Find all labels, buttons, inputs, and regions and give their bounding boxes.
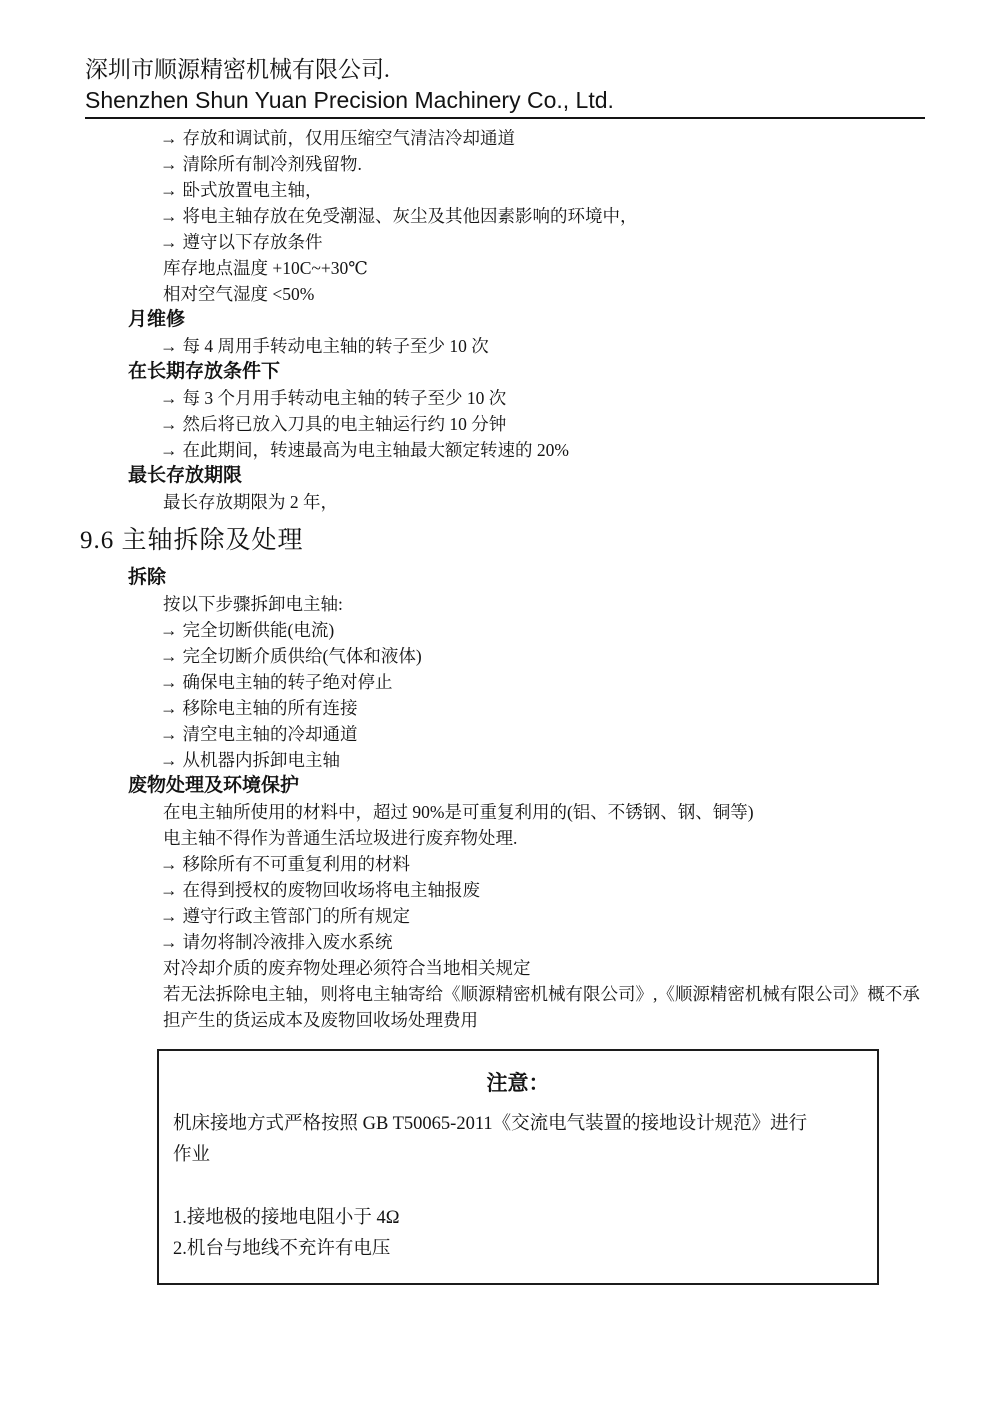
line-text: 清除所有制冷剂残留物.: [183, 154, 362, 174]
line-text: 在此期间，转速最高为电主轴最大额定转速的 20%: [183, 440, 569, 460]
arrow-bullet-icon: →: [160, 903, 178, 929]
bullet-line: →每 3 个月用手转动电主轴的转子至少 10 次: [160, 385, 1000, 411]
bullet-line: →然后将已放入刀具的电主轴运行约 10 分钟: [160, 411, 1000, 437]
bullet-line: →遵守行政主管部门的所有规定: [160, 903, 1000, 929]
line-text: 完全切断供能(电流): [183, 620, 335, 640]
text-line: 若无法拆除电主轴，则将电主轴寄给《顺源精密机械有限公司》,《顺源精密机械有限公司…: [163, 981, 1000, 1007]
bullet-line: →在得到授权的废物回收场将电主轴报废: [160, 877, 1000, 903]
company-name-en: Shenzhen Shun Yuan Precision Machinery C…: [85, 86, 925, 114]
arrow-bullet-icon: →: [160, 151, 178, 177]
text-line: 在电主轴所使用的材料中，超过 90%是可重复利用的(铝、不锈钢、钢、铜等): [163, 799, 1000, 825]
arrow-bullet-icon: →: [160, 643, 178, 669]
line-text: 遵守以下存放条件: [183, 232, 323, 252]
line-text: 将电主轴存放在免受潮湿、灰尘及其他因素影响的环境中，: [183, 206, 638, 226]
bullet-line: →将电主轴存放在免受潮湿、灰尘及其他因素影响的环境中，: [160, 203, 1000, 229]
document-body: →存放和调试前，仅用压缩空气清洁冷却通道→清除所有制冷剂残留物.→卧式放置电主轴…: [0, 125, 1000, 1033]
bullet-line: →卧式放置电主轴，: [160, 177, 1000, 203]
note-box-body: 机床接地方式严格按照 GB T50065-2011《交流电气装置的接地设计规范》…: [173, 1109, 863, 1265]
document-page: 深圳市顺源精密机械有限公司. Shenzhen Shun Yuan Precis…: [0, 0, 1000, 1414]
bullet-line: →遵守以下存放条件: [160, 229, 1000, 255]
line-text: 清空电主轴的冷却通道: [183, 724, 358, 744]
line-text: 移除所有不可重复利用的材料: [183, 854, 411, 874]
line-text: 每 4 周用手转动电主轴的转子至少 10 次: [183, 336, 489, 356]
line-text: 遵守行政主管部门的所有规定: [183, 906, 411, 926]
line-text: 完全切断介质供给(气体和液体): [183, 646, 422, 666]
text-line: 库存地点温度 +10C~+30℃: [163, 255, 1000, 281]
note-line: 1.接地极的接地电阻小于 4Ω: [173, 1203, 863, 1234]
bullet-line: →请勿将制冷液排入废水系统: [160, 929, 1000, 955]
bullet-line: →移除所有不可重复利用的材料: [160, 851, 1000, 877]
bullet-line: →从机器内拆卸电主轴: [160, 747, 1000, 773]
arrow-bullet-icon: →: [160, 929, 178, 955]
line-text: 然后将已放入刀具的电主轴运行约 10 分钟: [183, 414, 507, 434]
note-blank-line: [173, 1171, 863, 1203]
text-line: 按以下步骤拆卸电主轴:: [163, 591, 1000, 617]
arrow-bullet-icon: →: [160, 125, 178, 151]
sub-heading: 废物处理及环境保护: [128, 773, 1000, 799]
arrow-bullet-icon: →: [160, 203, 178, 229]
line-text: 移除电主轴的所有连接: [183, 698, 358, 718]
arrow-bullet-icon: →: [160, 229, 178, 255]
arrow-bullet-icon: →: [160, 617, 178, 643]
bullet-line: →完全切断供能(电流): [160, 617, 1000, 643]
section-heading: 9.6 主轴拆除及处理: [80, 524, 1000, 558]
line-text: 确保电主轴的转子绝对停止: [183, 672, 393, 692]
company-name-zh: 深圳市顺源精密机械有限公司.: [85, 55, 925, 85]
note-line: 机床接地方式严格按照 GB T50065-2011《交流电气装置的接地设计规范》…: [173, 1109, 863, 1140]
sub-heading: 月维修: [128, 307, 1000, 333]
sub-heading: 在长期存放条件下: [128, 359, 1000, 385]
note-line: 作业: [173, 1140, 863, 1171]
line-text: 从机器内拆卸电主轴: [183, 750, 341, 770]
arrow-bullet-icon: →: [160, 437, 178, 463]
arrow-bullet-icon: →: [160, 669, 178, 695]
text-line: 相对空气湿度 <50%: [163, 281, 1000, 307]
arrow-bullet-icon: →: [160, 721, 178, 747]
bullet-line: →在此期间，转速最高为电主轴最大额定转速的 20%: [160, 437, 1000, 463]
sub-heading: 最长存放期限: [128, 463, 1000, 489]
line-text: 卧式放置电主轴，: [183, 180, 323, 200]
arrow-bullet-icon: →: [160, 747, 178, 773]
note-box: 注意： 机床接地方式严格按照 GB T50065-2011《交流电气装置的接地设…: [157, 1049, 879, 1285]
text-line: 对冷却介质的废弃物处理必须符合当地相关规定: [163, 955, 1000, 981]
text-line: 担产生的货运成本及废物回收场处理费用: [163, 1007, 1000, 1033]
bullet-line: →完全切断介质供给(气体和液体): [160, 643, 1000, 669]
line-text: 每 3 个月用手转动电主轴的转子至少 10 次: [183, 388, 507, 408]
arrow-bullet-icon: →: [160, 177, 178, 203]
bullet-line: →确保电主轴的转子绝对停止: [160, 669, 1000, 695]
line-text: 在得到授权的废物回收场将电主轴报废: [183, 880, 481, 900]
line-text: 请勿将制冷液排入废水系统: [183, 932, 393, 952]
arrow-bullet-icon: →: [160, 411, 178, 437]
text-line: 电主轴不得作为普通生活垃圾进行废弃物处理.: [163, 825, 1000, 851]
note-line: 2.机台与地线不充许有电压: [173, 1234, 863, 1265]
bullet-line: →清空电主轴的冷却通道: [160, 721, 1000, 747]
arrow-bullet-icon: →: [160, 851, 178, 877]
note-box-title: 注意：: [173, 1067, 863, 1097]
bullet-line: →移除电主轴的所有连接: [160, 695, 1000, 721]
document-header: 深圳市顺源精密机械有限公司. Shenzhen Shun Yuan Precis…: [85, 55, 925, 119]
text-line: 最长存放期限为 2 年，: [163, 489, 1000, 515]
arrow-bullet-icon: →: [160, 385, 178, 411]
arrow-bullet-icon: →: [160, 333, 178, 359]
arrow-bullet-icon: →: [160, 877, 178, 903]
bullet-line: →清除所有制冷剂残留物.: [160, 151, 1000, 177]
line-text: 存放和调试前，仅用压缩空气清洁冷却通道: [183, 128, 516, 148]
arrow-bullet-icon: →: [160, 695, 178, 721]
sub-heading: 拆除: [128, 565, 1000, 591]
bullet-line: →存放和调试前，仅用压缩空气清洁冷却通道: [160, 125, 1000, 151]
header-divider: [85, 117, 925, 119]
bullet-line: →每 4 周用手转动电主轴的转子至少 10 次: [160, 333, 1000, 359]
